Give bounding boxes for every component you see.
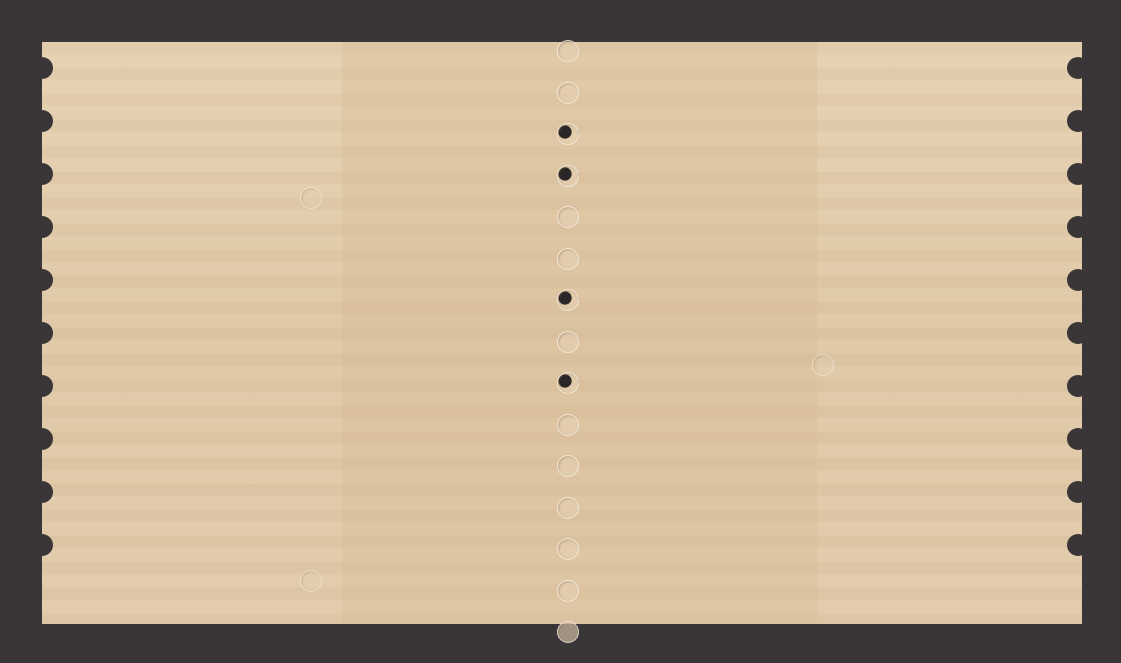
perforation-impression [812, 354, 834, 376]
perforation-hole-right [1067, 57, 1089, 79]
perforation-hole-right [1067, 110, 1089, 132]
center-perforation [557, 414, 579, 436]
center-perforation [557, 289, 579, 311]
center-right-panel [567, 42, 817, 624]
center-perforation [557, 372, 579, 394]
center-perforation [557, 331, 579, 353]
center-left-panel [342, 42, 567, 624]
stamp-strip [42, 42, 1082, 624]
center-perforation [557, 123, 579, 145]
perforation-hole-right [1067, 269, 1089, 291]
perforation-hole-left [31, 481, 53, 503]
perforation-hole-right [1067, 534, 1089, 556]
perforation-hole-left [31, 322, 53, 344]
perforation-hole-left [31, 375, 53, 397]
perforation-hole-right [1067, 481, 1089, 503]
perforation-hole-right [1067, 322, 1089, 344]
perforation-hole-left [31, 110, 53, 132]
center-perforation [557, 580, 579, 602]
perforation-hole-left [31, 163, 53, 185]
center-perforation [557, 206, 579, 228]
perforation-hole-left [31, 534, 53, 556]
perforation-hole-right [1067, 375, 1089, 397]
center-perforation [557, 82, 579, 104]
center-perforation [557, 621, 579, 643]
center-perforation [557, 497, 579, 519]
center-perforation [557, 248, 579, 270]
center-perforation [557, 165, 579, 187]
perforation-impression [300, 187, 322, 209]
center-perforation [557, 40, 579, 62]
perforation-hole-left [31, 269, 53, 291]
center-perforation [557, 538, 579, 560]
perforation-hole-right [1067, 428, 1089, 450]
perforation-hole-left [31, 57, 53, 79]
center-perforation [557, 455, 579, 477]
perforation-hole-right [1067, 216, 1089, 238]
perforation-hole-left [31, 216, 53, 238]
perforation-impression [300, 570, 322, 592]
perforation-hole-left [31, 428, 53, 450]
perforation-hole-right [1067, 163, 1089, 185]
